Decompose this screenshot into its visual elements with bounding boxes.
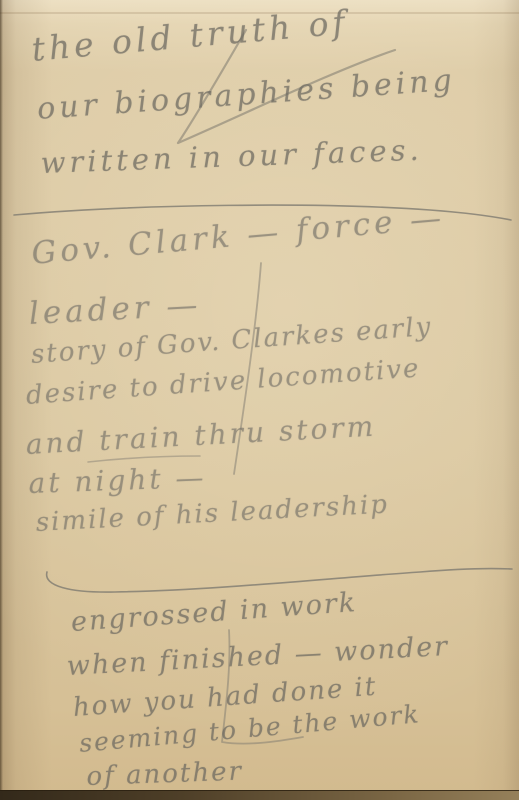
page-left-edge-shadow <box>0 0 3 800</box>
handwriting-line: at night — <box>28 461 207 500</box>
notebook-page-scan: the old truth of our biographies being w… <box>0 0 519 800</box>
handwriting-line: of another <box>86 757 243 792</box>
page-bottom-edge <box>0 790 519 800</box>
